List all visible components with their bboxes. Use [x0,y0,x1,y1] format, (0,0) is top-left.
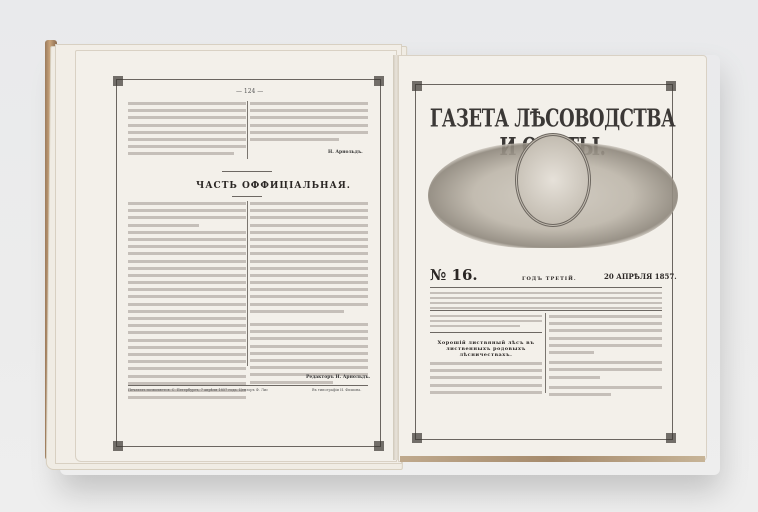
subscription-notice [430,292,662,312]
column-divider [247,101,248,159]
ornament-corner-icon [374,441,384,451]
footer-rule [128,385,368,386]
page-edge [400,456,705,462]
right-top-column [250,102,368,145]
section-heading: ЧАСТЬ ОФФИЦІАЛЬНАЯ. [196,181,351,191]
masthead: ГАЗЕТА ЛѢСОВОДСТВА И ОХОТЫ. [420,105,685,255]
article-right-column [549,315,662,400]
notice-rule [430,310,662,311]
issue-number: № 16. [430,266,478,284]
column-divider [545,313,546,393]
bear-hunt-medallion [515,133,591,227]
contents-rule [430,332,542,333]
header-rule [430,287,662,288]
printer-note: Въ типографіи И. Фишона. [312,388,362,393]
article-left-column [430,362,542,398]
contents-block [430,315,542,330]
ornament-corner-icon [666,433,676,443]
page-number: — 124 — [236,88,263,95]
left-top-column [128,102,246,160]
censor-note: Печатать позволяется. С. Петербургъ, 7 а… [128,388,268,393]
column-divider [247,201,248,366]
divider [232,196,262,197]
divider-ornament [222,171,272,172]
right-official-column [250,202,368,388]
ornament-corner-icon [374,76,384,86]
ornament-corner-icon [113,76,123,86]
year-label: ГОДЪ ТРЕТІЙ. [522,276,577,282]
editor-signature: Редакторъ Н. Арнольдъ. [306,375,370,380]
article-title: Хорошій листвяный лѣсъ въ лиственныхъ ро… [432,340,540,358]
ornament-corner-icon [412,81,422,91]
author-signature: Н. Арнольдъ. [328,150,363,155]
left-official-column [128,202,246,403]
ornament-corner-icon [666,81,676,91]
ornament-corner-icon [113,441,123,451]
ornament-corner-icon [412,433,422,443]
issue-date: 20 АПРѢЛЯ 1857. [604,272,677,281]
